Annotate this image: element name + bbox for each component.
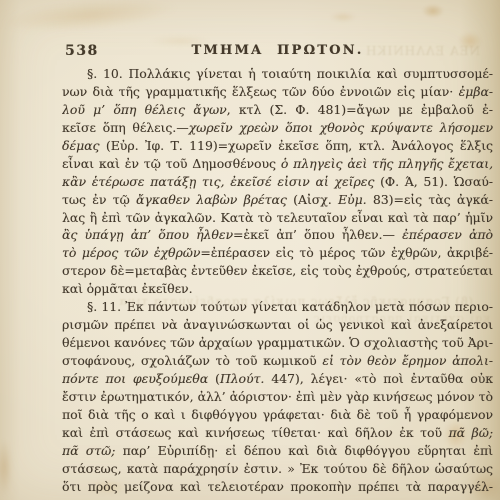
page-header: 538 ΤΜΗΜΑ ΠΡΩΤΟΝ. (62, 43, 493, 59)
text-line: νων διὰ τῆς γραμματικῆς ἕλξεως τῶν δύο ἐ… (62, 83, 493, 101)
text-block: §. 10. Πολλάκις γίνεται ἡ τοιαύτη ποικιλ… (62, 65, 493, 496)
paper-stain (422, 4, 444, 18)
text-line: εἶναι καὶ ἐν τῷ τοῦ Δημοσθένους ὁ πληγεὶ… (62, 155, 493, 173)
text-line: λοῦ μ’ ὅπη θέλεις ἄγων, κτλ (Σ. Φ. 481)=… (62, 101, 493, 119)
text-line: καὶ ἐπὶ στάσεως καὶ κινήσεως τίθεται· κα… (62, 424, 493, 442)
book-page: ΝΕΑ ΕΛΛΗΝΙΚΗ (β) Γραμματικῆς ἕλξεως ποικ… (0, 0, 500, 500)
page-number: 538 (65, 43, 99, 59)
text-line: θέμενοι κανόνες τῶν ἀρχαίων γραμματικῶν.… (62, 334, 493, 352)
text-line: τὸ μέρος τῶν ἐχθρῶν=ἐπέρασεν εἰς τὸ μέρο… (62, 244, 493, 262)
text-line: στερον δὲ=μεταβὰς ἐντεῦθεν ἐκεῖσε, εἰς τ… (62, 262, 493, 280)
paper-stain (0, 440, 12, 495)
text-line: στάσεως, κατὰ παράχρησίν ἐστιν. » Ἐκ τού… (62, 460, 493, 478)
text-line: δέμας (Εὐρ. Ἰφ. Τ. 119)=χωρεῖν ἐκεῖσε ὅπ… (62, 137, 493, 155)
text-line: καὶ ὁρμᾶται ἐκεῖθεν. (62, 280, 493, 298)
text-line: ἔστιν ἐρωτηματικόν, ἀλλ’ ἀόριστον· ἐπὶ μ… (62, 388, 493, 406)
text-line: στοφάνους, σχολιάζων τὸ τοῦ κωμικοῦ εἰ τ… (62, 352, 493, 370)
text-line: λας ἢ ἐπὶ τῶν ἀγκαλῶν. Κατὰ τὸ τελευταῖο… (62, 209, 493, 227)
paper-stain (1, 0, 178, 38)
page-title: ΤΜΗΜΑ ΠΡΩΤΟΝ. (62, 43, 493, 58)
text-line: §. 10. Πολλάκις γίνεται ἡ τοιαύτη ποικιλ… (62, 65, 493, 83)
text-line: κἂν ἑτέρωσε πατάξῃ τις, ἐκεῖσέ εἰσιν αἱ … (62, 173, 493, 191)
text-line: τως ἐν τῷ ἄγκαθεν λαβὼν βρέτας (Αἰσχ. Εὐ… (62, 191, 493, 209)
text-line: ρισμῶν πρέπει νὰ ἀναγινώσκωνται οἱ ὡς γε… (62, 316, 493, 334)
text-line: §. 11. Ἐκ πάντων τούτων γίνεται κατάδηλο… (62, 298, 493, 316)
text-line: ὅτι πρὸς μείζονα καὶ τελειοτέραν προκοπὴ… (62, 478, 493, 496)
text-line: πᾶ στῶ; παρ’ Εὐριπίδῃ· εἰ δέπου καὶ διὰ … (62, 442, 493, 460)
paper-stain (330, 12, 356, 22)
text-line: ποῖ διὰ τῆς ο καὶ ι διφθόγγου γράφεται· … (62, 406, 493, 424)
text-line: ἂς ὑπάγῃ ἀπ’ ὅπου ἦλθεν=ἐκεῖ ἀπ’ ὅπου ἦλ… (62, 226, 493, 244)
text-line: πόντε ποι φευξούμεθα (Πλούτ. 447), λέγει… (62, 370, 493, 388)
text-line: κεῖσε ὅπη θέλεις.—χωρεῖν χρεὼν ὅποι χθον… (62, 119, 493, 137)
